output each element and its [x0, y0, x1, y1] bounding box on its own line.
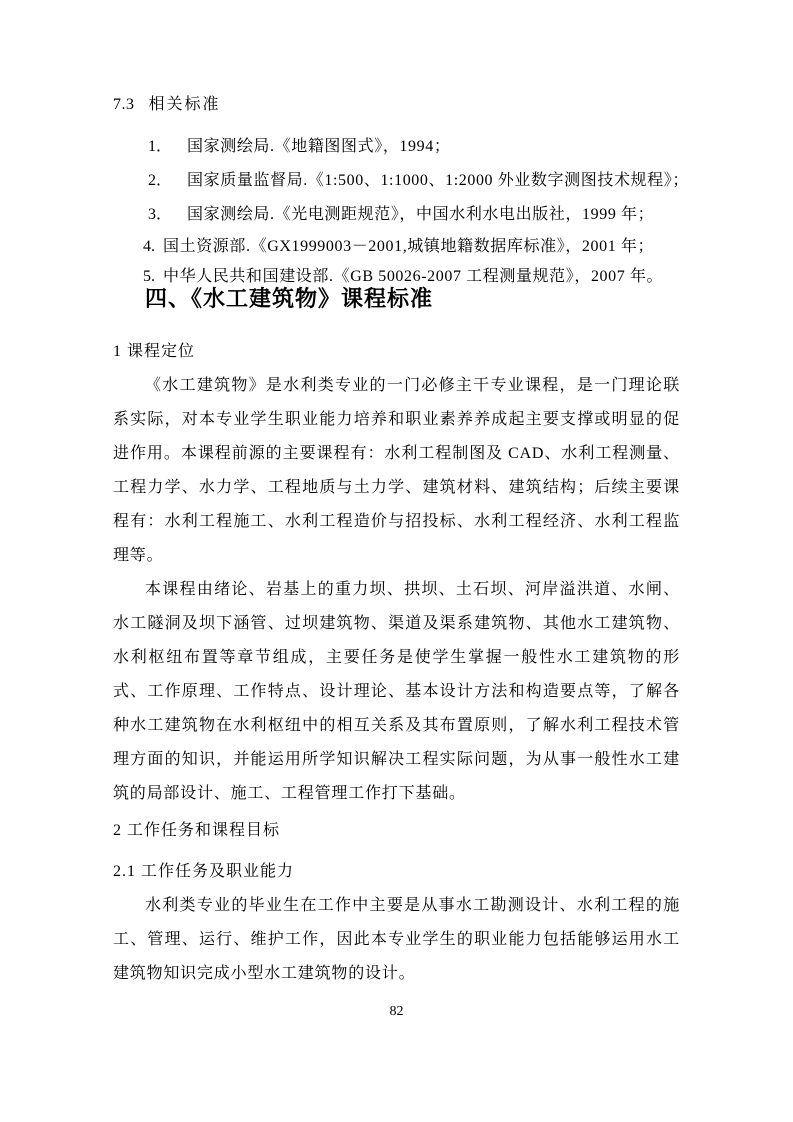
- reference-text: 国家质量监督局.《1:500、1:1000、1:2000 外业数字测图技术规程》…: [187, 172, 689, 189]
- reference-list: 1．国家测绘局.《地籍图图式》，1994； 2．国家质量监督局.《1:500、1…: [113, 130, 680, 292]
- section-2-heading: 2 工作任务和课程目标: [113, 814, 680, 848]
- section-7-3-heading: 7.3相关标准: [113, 88, 680, 122]
- reference-number: 4.: [143, 238, 155, 255]
- reference-number: 3．: [148, 206, 172, 223]
- section-7-3-title: 相关标准: [149, 96, 221, 113]
- course-positioning-paragraph-2: 本课程由绪论、岩基上的重力坝、拱坝、土石坝、河岸溢洪道、水闸、水工隧洞及坝下涵管…: [113, 573, 680, 811]
- reference-number: 2．: [148, 172, 172, 189]
- reference-number: 1．: [148, 138, 172, 155]
- section-7-3-number: 7.3: [113, 96, 135, 113]
- reference-number: 5.: [143, 268, 155, 285]
- section-1-heading: 1 课程定位: [113, 335, 680, 369]
- reference-item: 3．国家测绘局.《光电测距规范》，中国水利水电出版社，1999 年；: [113, 198, 680, 232]
- reference-item: 1．国家测绘局.《地籍图图式》，1994；: [113, 130, 680, 164]
- work-tasks-paragraph: 水利类专业的毕业生在工作中主要是从事水工勘测设计、水利工程的施工、管理、运行、维…: [113, 889, 680, 991]
- reference-text: 国家测绘局.《地籍图图式》，1994；: [187, 138, 450, 155]
- page-content: 7.3相关标准 1．国家测绘局.《地籍图图式》，1994； 2．国家质量监督局.…: [0, 0, 793, 991]
- reference-text: 国家测绘局.《光电测距规范》，中国水利水电出版社，1999 年；: [187, 206, 654, 223]
- reference-item: 2．国家质量监督局.《1:500、1:1000、1:2000 外业数字测图技术规…: [113, 164, 680, 198]
- section-2-1-heading: 2.1 工作任务及职业能力: [113, 855, 680, 889]
- course-positioning-paragraph-1: 《水工建筑物》是水利类专业的一门必修主干专业课程，是一门理论联系实际，对本专业学…: [113, 369, 680, 573]
- page-number: 82: [390, 1004, 404, 1019]
- reference-text: 中华人民共和国建设部.《GB 50026-2007 工程测量规范》，2007 年…: [163, 268, 663, 285]
- document-page: 7.3相关标准 1．国家测绘局.《地籍图图式》，1994； 2．国家质量监督局.…: [0, 0, 793, 1122]
- reference-item: 4.国土资源部.《GX1999003－2001,城镇地籍数据库标准》，2001 …: [113, 232, 680, 262]
- reference-text: 国土资源部.《GX1999003－2001,城镇地籍数据库标准》，2001 年；: [163, 238, 654, 255]
- page-footer: 82: [0, 995, 793, 1029]
